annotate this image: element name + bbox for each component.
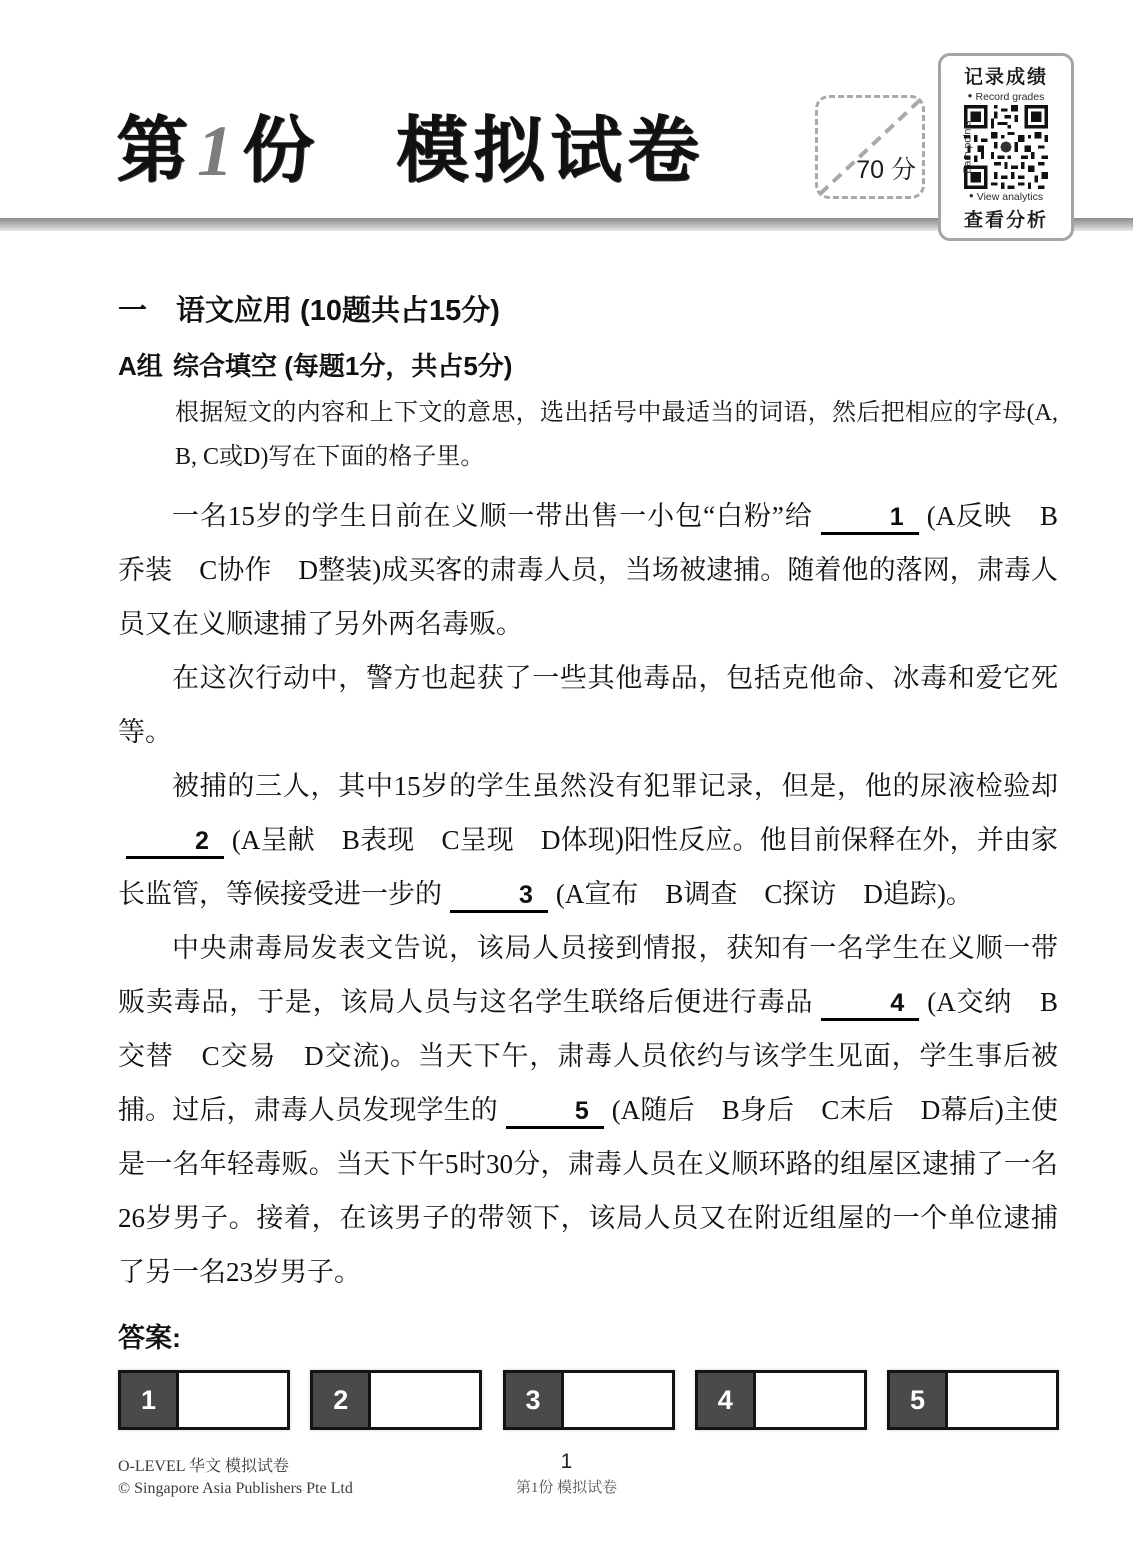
answer-box-number: 5 [890, 1373, 948, 1427]
passage-paragraph: 被捕的三人，其中15岁的学生虽然没有犯罪记录，但是，他的尿液检验却2(A呈献 B… [118, 759, 1058, 921]
answer-box-number: 4 [698, 1373, 756, 1427]
main-content: 一 语文应用 (10题共占15分) A组 综合填空 (每题1分，共占5分) 根据… [118, 288, 1058, 1299]
blank-number-1: 1 [821, 505, 919, 535]
qr-badge-subtitle-text: Record grades [975, 91, 1044, 103]
qr-badge-analytics-text: View analytics [977, 191, 1043, 203]
answer-box-4: 4 [695, 1370, 867, 1430]
instructions: 根据短文的内容和上下文的意思，选出括号中最适当的词语，然后把相应的字母(A, B… [175, 391, 1058, 479]
answer-box-2: 2 [310, 1370, 482, 1430]
blank-number-4: 4 [821, 991, 919, 1021]
passage-paragraph: 中央肃毒局发表文告说，该局人员接到情报，获知有一名学生在义顺一带贩卖毒品，于是，… [118, 921, 1058, 1299]
qr-badge: 记录成绩 ●Record grades Earn points [938, 53, 1074, 241]
page-title-prefix: 第 [116, 111, 193, 191]
group-title: 综合填空 (每题1分，共占5分) [173, 346, 512, 383]
page-title-suffix: 份 模拟试卷 [242, 111, 704, 191]
blank-number-2: 2 [126, 829, 224, 859]
qr-badge-title-cn: 记录成绩 [964, 62, 1048, 89]
passage-paragraph: 一名15岁的学生日前在义顺一带出售一小包“白粉”给1(A反映 B乔装 C协作 D… [118, 489, 1058, 651]
footer-page-caption: 第1份 模拟试卷 [0, 1476, 1133, 1497]
section-heading: 一 语文应用 (10题共占15分) [118, 288, 1058, 329]
group-heading: A组 综合填空 (每题1分，共占5分) [118, 346, 1058, 383]
answer-box-cell [564, 1373, 672, 1427]
answer-box-number: 2 [313, 1373, 371, 1427]
answers-label: 答案: [118, 1316, 1059, 1355]
answer-box-cell [371, 1373, 479, 1427]
qr-code [964, 105, 1048, 189]
qr-code-row: Earn points [943, 105, 1069, 189]
answer-box-1: 1 [118, 1370, 290, 1430]
score-label: 70 分 [856, 150, 916, 186]
answer-boxes-row: 12345 [118, 1370, 1059, 1430]
section-number: 一 [118, 288, 176, 329]
footer-center: 1 第1份 模拟试卷 [0, 1450, 1133, 1497]
passage: 一名15岁的学生日前在义顺一带出售一小包“白粉”给1(A反映 B乔装 C协作 D… [118, 489, 1058, 1299]
answer-box-number: 3 [506, 1373, 564, 1427]
answers-section: 答案: 12345 [118, 1316, 1059, 1430]
section-title: 语文应用 (10题共占15分) [176, 288, 500, 329]
blank-number-5: 5 [506, 1099, 604, 1129]
page-title: 第1份 模拟试卷 [116, 92, 704, 196]
passage-paragraph: 在这次行动中，警方也起获了一些其他毒品，包括克他命、冰毒和爱它死等。 [118, 651, 1058, 759]
qr-badge-subtitle-en: ●Record grades [968, 91, 1045, 103]
blank-number-3: 3 [450, 883, 548, 913]
answer-box-cell [179, 1373, 287, 1427]
answer-box-cell [948, 1373, 1056, 1427]
exam-page: 第1份 模拟试卷 70 分 记录成绩 ●Record grades Earn p… [0, 0, 1133, 1548]
group-label: A组 [118, 346, 173, 383]
answer-box-5: 5 [887, 1370, 1059, 1430]
page-title-number: 1 [193, 111, 242, 191]
qr-badge-analytics-en: ●View analytics [969, 191, 1043, 203]
score-box: 70 分 [815, 95, 925, 199]
answer-box-cell [756, 1373, 864, 1427]
answer-box-3: 3 [503, 1370, 675, 1430]
bullet-icon: ● [969, 191, 974, 200]
qr-badge-side-label: Earn points [962, 120, 974, 173]
qr-badge-footer-cn: 查看分析 [964, 205, 1048, 232]
answer-box-number: 1 [121, 1373, 179, 1427]
bullet-icon: ● [968, 91, 973, 100]
footer-page-number: 1 [0, 1450, 1133, 1474]
